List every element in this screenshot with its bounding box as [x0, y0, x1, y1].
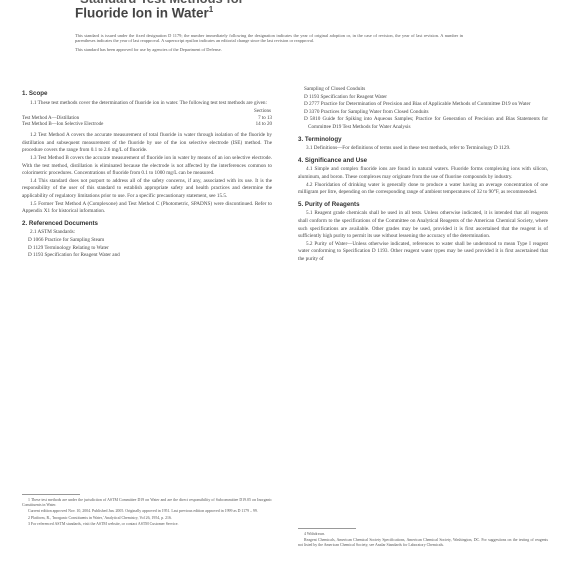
- paragraph: 1.3 Test Method B covers the accurate me…: [22, 155, 272, 178]
- footnote: 1 These test methods are under the juris…: [22, 498, 272, 508]
- title-footnote-mark: 1: [209, 5, 213, 14]
- footnote: 2 Platform, R., 'Inorganic Constituents …: [22, 516, 272, 521]
- paragraph: 4.1 Simple and complex fluoride ions are…: [298, 166, 548, 181]
- reference-item: Sampling of Closed Conduits: [298, 86, 548, 94]
- test-methods-table: Sections Test Method A—Distillation7 to …: [22, 108, 272, 128]
- footnote-divider: [298, 528, 356, 529]
- reference-item[interactable]: D 1066 Practice for Sampling Steam: [22, 237, 272, 245]
- paragraph: 5.1 Reagent grade chemicals shall be use…: [298, 210, 548, 240]
- section-heading-purity: 5. Purity of Reagents: [298, 201, 548, 209]
- paragraph: 1.4 This standard does not purport to ad…: [22, 178, 272, 201]
- document-title: Fluoride Ion in Water1: [75, 5, 213, 21]
- intro-paragraph: This standard has been approved for use …: [75, 47, 463, 52]
- paragraph: 1.5 Former Test Method A (Complexone) an…: [22, 201, 272, 216]
- footnote: Reagent Chemicals, American Chemical Soc…: [298, 538, 548, 548]
- paragraph: 1.1 These test methods cover the determi…: [22, 100, 272, 108]
- paragraph: 4.2 Fluoridation of drinking water is ge…: [298, 182, 548, 197]
- footnote: Current edition approved Nov. 10, 2004. …: [22, 509, 272, 514]
- left-footnotes: 1 These test methods are under the juris…: [22, 488, 272, 528]
- reference-item[interactable]: D 1129 Terminology Relating to Water: [22, 245, 272, 253]
- table-header: Sections: [225, 108, 272, 116]
- section-heading-referenced-documents: 2. Referenced Documents: [22, 220, 272, 228]
- paragraph: 5.2 Purity of Water—Unless otherwise ind…: [298, 241, 548, 264]
- paragraph: 1.2 Test Method A covers the accurate me…: [22, 132, 272, 155]
- reference-item[interactable]: D 2777 Practice for Determination of Pre…: [298, 101, 548, 109]
- right-footnotes: 4 Withdrawn. Reagent Chemicals, American…: [298, 522, 548, 550]
- section-heading-scope: 1. Scope: [22, 90, 272, 98]
- paragraph: 2.1 ASTM Standards:: [22, 229, 272, 237]
- section-heading-terminology: 3. Terminology: [298, 136, 548, 144]
- reference-item[interactable]: D 5810 Guide for Spiking into Aqueous Sa…: [298, 116, 548, 131]
- left-column: 1. Scope 1.1 These test methods cover th…: [22, 86, 272, 260]
- right-column: Sampling of Closed Conduits D 1193 Speci…: [298, 86, 548, 263]
- intro-block: This standard is issued under the fixed …: [75, 33, 463, 55]
- intro-paragraph: This standard is issued under the fixed …: [75, 33, 463, 44]
- section-heading-significance: 4. Significance and Use: [298, 157, 548, 165]
- footnote-divider: [22, 494, 80, 495]
- reference-item[interactable]: D 1193 Specification for Reagent Water a…: [22, 252, 272, 260]
- footnote: 3 For referenced ASTM standards, visit t…: [22, 522, 272, 527]
- table-row: Test Method B—Ion Selective Electrode14 …: [22, 122, 272, 128]
- footnote: 4 Withdrawn.: [298, 532, 548, 537]
- document-title-line2: Fluoride Ion in Water: [75, 6, 209, 21]
- paragraph: 3.1 Definitions—For definitions of terms…: [298, 145, 548, 153]
